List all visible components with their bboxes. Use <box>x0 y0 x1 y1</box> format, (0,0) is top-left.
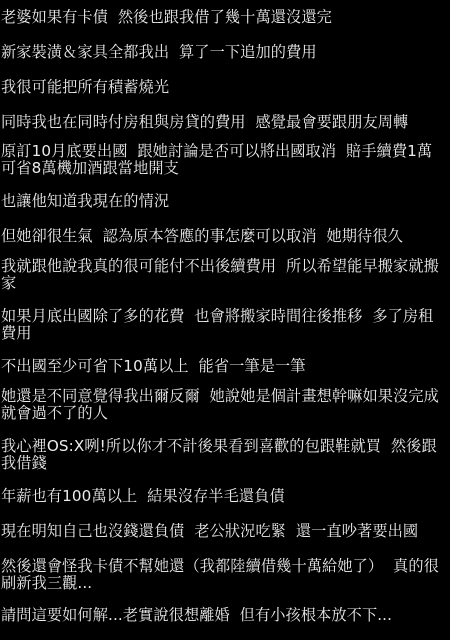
paragraph-move-early: 我就跟他說我真的很可能付不出後續費用 所以希望能早搬家就搬家 <box>1 258 445 292</box>
paragraph-inner-thoughts: 我心裡OS:X咧!所以你才不計後果看到喜歡的包跟鞋就買 然後跟我借錢 <box>1 438 445 472</box>
paragraph-trip-cancel: 原訂10月底要出國 跟她討論是否可以將出國取消 賠手續費1萬可省8萬機加酒跟當地… <box>1 143 445 177</box>
paragraph-blame: 然後還會怪我卡債不幫她還（我都陸續借幾十萬給她了） 真的很刷新我三觀... <box>1 558 445 592</box>
paragraph-save-money: 不出國至少可省下10萬以上 能省一筆是一筆 <box>1 358 445 375</box>
paragraph-rent-mortgage: 同時我也在同時付房租與房貸的費用 感覺最會要跟朋友周轉 <box>1 114 445 131</box>
paragraph-savings: 我很可能把所有積蓄燒光 <box>1 79 445 96</box>
paragraph-delay-move: 如果月底出國除了多的花費 也會將搬家時間往後推移 多了房租費用 <box>1 308 445 342</box>
paragraph-still-want-trip: 現在明知自己也沒錢還負債 老公狀況吃緊 還一直吵著要出國 <box>1 523 445 540</box>
paragraph-salary: 年薪也有100萬以上 結果沒存半毛還負債 <box>1 488 445 505</box>
paragraph-question: 請問這要如何解...老實說很想離婚 但有小孩根本放不下... <box>1 607 445 624</box>
paragraph-angry: 但她卻很生氣 認為原本答應的事怎麼可以取消 她期待很久 <box>1 228 445 245</box>
paragraph-credit-card-debt: 老婆如果有卡債 然後也跟我借了幾十萬還沒還完 <box>1 9 445 26</box>
paragraph-disagree: 她還是不同意覺得我出爾反爾 她說她是個計畫想幹嘛如果沒完成就會過不了的人 <box>1 388 445 422</box>
paragraph-situation: 也讓他知道我現在的情況 <box>1 193 445 210</box>
paragraph-renovation-costs: 新家裝潢＆家具全都我出 算了一下追加的費用 <box>1 44 445 61</box>
